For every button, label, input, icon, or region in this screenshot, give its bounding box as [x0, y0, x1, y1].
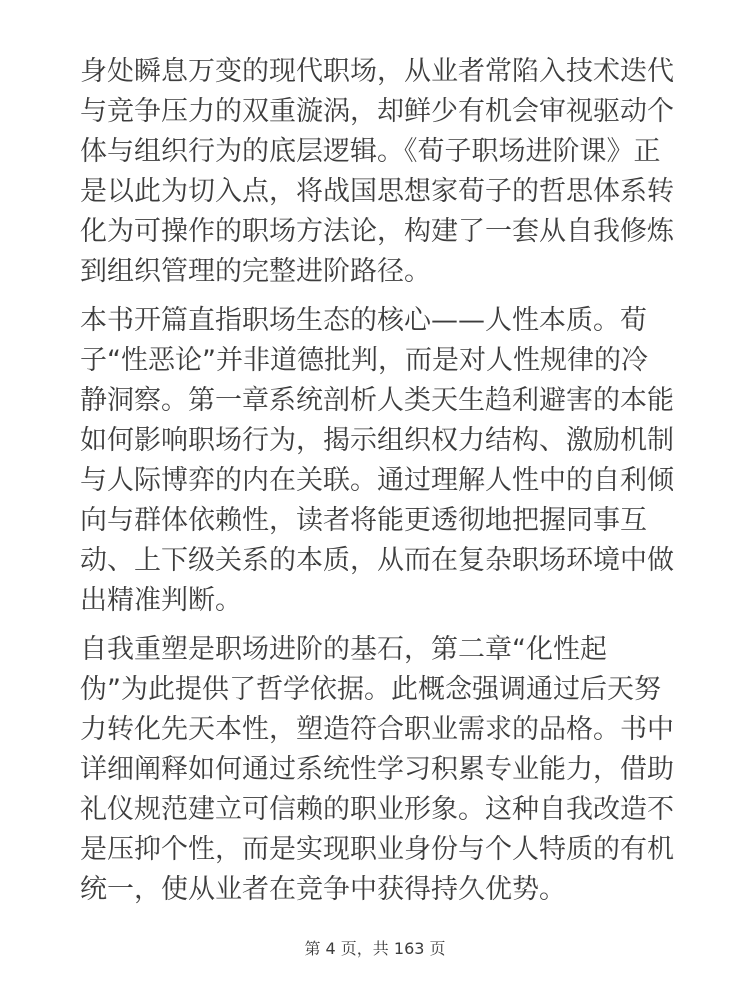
page-indicator: 第 4 页，共 163 页 [304, 939, 445, 958]
paragraph-chapter-two: 自我重塑是职场进阶的基石，第二章“化性起 伪”为此提供了哲学依据。此概念强调通过… [80, 630, 700, 910]
document-page: 身处瞬息万变的现代职场，从业者常陷入技术迭代 与竞争压力的双重漩涡，却鲜少有机会… [0, 0, 750, 1000]
document-body: 身处瞬息万变的现代职场，从业者常陷入技术迭代 与竞争压力的双重漩涡，却鲜少有机会… [80, 52, 700, 919]
page-footer: 第 4 页，共 163 页 [0, 938, 750, 960]
paragraph-intro: 身处瞬息万变的现代职场，从业者常陷入技术迭代 与竞争压力的双重漩涡，却鲜少有机会… [80, 52, 700, 292]
paragraph-chapter-one: 本书开篇直指职场生态的核心——人性本质。荀 子“性恶论”并非道德批判，而是对人性… [80, 301, 700, 621]
